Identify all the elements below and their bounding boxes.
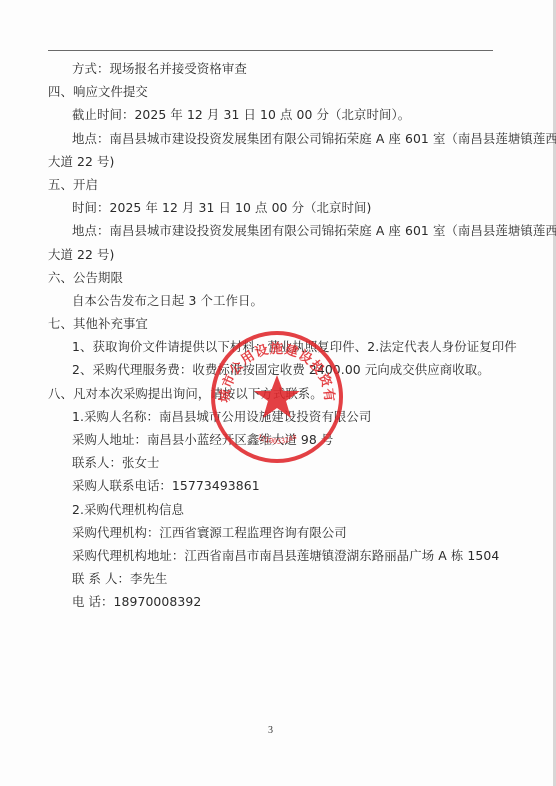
purchaser-phone: 采购人联系电话：15773493861 [48, 474, 498, 497]
agency-contact: 联 系 人：李先生 [48, 567, 498, 590]
section-7-heading: 七、其他补充事宜 [48, 312, 498, 335]
opening-location-cont: 大道 22 号) [48, 243, 498, 266]
purchaser-name: 1.采购人名称：南昌县城市公用设施建设投资有限公司 [48, 405, 498, 428]
purchaser-contact: 联系人：张女士 [48, 451, 498, 474]
required-materials: 1、获取询价文件请提供以下材料：营业执照复印件、2.法定代表人身份证复印件 [48, 335, 498, 358]
agency-phone: 电 话：18970008392 [48, 590, 498, 613]
section-5-heading: 五、开启 [48, 173, 498, 196]
section-8-heading: 八、凡对本次采购提出询问，请按以下方式联系。 [48, 382, 498, 405]
registration-method: 方式：现场报名并接受资格审查 [48, 57, 498, 80]
document-body: 方式：现场报名并接受资格审查 四、响应文件提交 截止时间：2025 年 12 月… [48, 57, 498, 614]
announcement-period: 自本公告发布之日起 3 个工作日。 [48, 289, 498, 312]
agency-info-heading: 2.采购代理机构信息 [48, 498, 498, 521]
section-4-heading: 四、响应文件提交 [48, 80, 498, 103]
submission-location-cont: 大道 22 号) [48, 150, 498, 173]
submission-deadline: 截止时间：2025 年 12 月 31 日 10 点 00 分（北京时间）。 [48, 103, 498, 126]
section-6-heading: 六、公告期限 [48, 266, 498, 289]
agency-address: 采购代理机构地址：江西省南昌市南昌县莲塘镇澄湖东路丽晶广场 A 栋 1504 [48, 544, 498, 567]
submission-location: 地点：南昌县城市建设投资发展集团有限公司锦拓荣庭 A 座 601 室（南昌县莲塘… [48, 127, 498, 150]
header-rule [48, 50, 493, 51]
agency-service-fee: 2、采购代理服务费：收费标准按固定收费 2400.00 元向成交供应商收取。 [48, 358, 498, 381]
opening-location: 地点：南昌县城市建设投资发展集团有限公司锦拓荣庭 A 座 601 室（南昌县莲塘… [48, 219, 498, 242]
agency-name: 采购代理机构：江西省寰源工程监理咨询有限公司 [48, 521, 498, 544]
opening-time: 时间：2025 年 12 月 31 日 10 点 00 分（北京时间) [48, 196, 498, 219]
purchaser-address: 采购人地址：南昌县小蓝经开区鑫维大道 98 号 [48, 428, 498, 451]
page-number: 3 [268, 725, 273, 736]
